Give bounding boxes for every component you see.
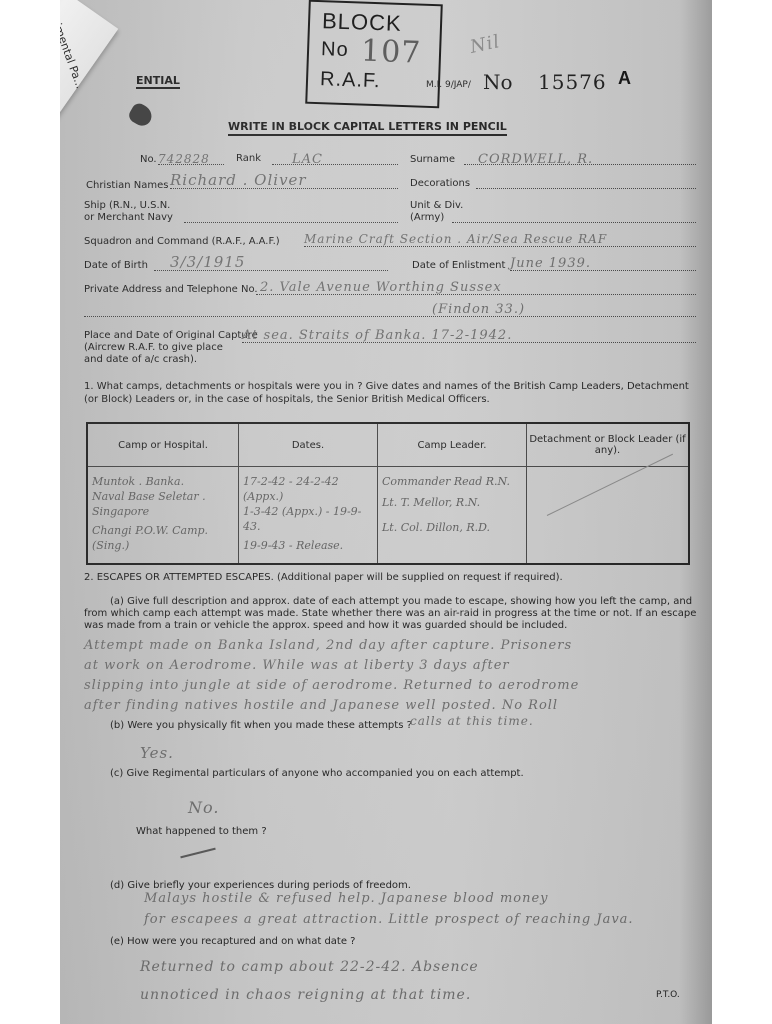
- section1-question: 1. What camps, detachments or hospitals …: [84, 380, 696, 406]
- christian-names-field[interactable]: Richard . Oliver: [170, 170, 398, 189]
- christian-names-label: Christian Names: [86, 180, 168, 191]
- dates-1: 17-2-42 - 24-2-42 (Appx.): [240, 468, 376, 504]
- instruction-heading: WRITE IN BLOCK CAPITAL LETTERS IN PENCIL: [228, 120, 507, 136]
- address-field-line2[interactable]: (Findon 33.): [84, 298, 696, 317]
- no-value: 742828: [158, 152, 210, 166]
- camps-table-header: Camp or Hospital. Dates. Camp Leader. De…: [87, 423, 689, 467]
- pencil-note: Nil: [468, 31, 502, 58]
- q2e-answer-line1: Returned to camp about 22-2-42. Absence: [140, 952, 700, 982]
- q2d-answer-line1: Malays hostile & refused help. Japanese …: [144, 888, 712, 910]
- q2b-inline-answer: calls at this time.: [410, 714, 534, 728]
- ship-label: Ship (R.N., U.S.N. or Merchant Navy: [84, 200, 173, 224]
- dates-3: 19-9-43 - Release.: [240, 534, 376, 553]
- address-value-line1: 2. Vale Avenue Worthing Sussex: [256, 280, 502, 295]
- folded-envelope-flap: [60, 0, 118, 299]
- q2c-answer[interactable]: No.: [188, 798, 219, 817]
- block-stamp: BLOCK No 107 R.A.F.: [305, 0, 443, 108]
- section2-title: 2. ESCAPES OR ATTEMPTED ESCAPES. (Additi…: [84, 572, 563, 583]
- surname-label: Surname: [410, 154, 455, 165]
- q2a-answer-line2: at work on Aerodrome. While was at liber…: [84, 656, 708, 676]
- unit-div-field[interactable]: [452, 210, 696, 223]
- q2a-answer[interactable]: Attempt made on Banka Island, 2nd day af…: [84, 636, 708, 716]
- surname-value: CORDWELL, R.: [464, 152, 593, 167]
- capture-label-line2: (Aircrew R.A.F. to give place: [84, 342, 258, 354]
- q2c-followup-answer-dash[interactable]: [180, 848, 215, 859]
- q2a-answer-line1: Attempt made on Banka Island, 2nd day af…: [84, 636, 708, 656]
- ship-field[interactable]: [184, 210, 398, 223]
- form-ref-prefix: M.I. 9/JAP/: [426, 80, 471, 90]
- col-dates: Dates.: [239, 423, 378, 467]
- camp-leader-cell[interactable]: Commander Read R.N. Lt. T. Mellor, R.N. …: [378, 467, 527, 565]
- leader-3: Lt. Col. Dillon, R.D.: [379, 510, 525, 535]
- enlistment-label: Date of Enlistment: [412, 260, 505, 271]
- capture-value: At sea. Straits of Banka. 17-2-1942.: [242, 328, 512, 343]
- q2c-followup: What happened to them ?: [136, 826, 267, 837]
- no-field[interactable]: 742828: [158, 148, 224, 165]
- form-number: 15576: [538, 70, 607, 94]
- dob-label: Date of Birth: [84, 260, 148, 271]
- ship-label-line1: Ship (R.N., U.S.N.: [84, 200, 173, 212]
- col-block-leader: Detachment or Block Leader (if any).: [527, 423, 690, 467]
- capture-label: Place and Date of Original Capture (Airc…: [84, 330, 258, 366]
- stamp-block-number: 107: [360, 34, 421, 71]
- dob-value: 3/3/1915: [154, 253, 245, 271]
- camp-name-1: Muntok . Banka.: [89, 468, 237, 489]
- pto-label: P.T.O.: [656, 990, 680, 1000]
- q2d-answer-line2: for escapees a great attraction. Little …: [144, 910, 712, 930]
- q2b-answer[interactable]: Yes.: [140, 744, 174, 762]
- enlistment-field[interactable]: June 1939.: [510, 252, 696, 271]
- q2d-answer[interactable]: Malays hostile & refused help. Japanese …: [144, 888, 712, 930]
- christian-names-value: Richard . Oliver: [170, 171, 307, 189]
- q2a-text: (a) Give full description and approx. da…: [84, 596, 698, 632]
- col-camp: Camp or Hospital.: [87, 423, 239, 467]
- ship-label-line2: or Merchant Navy: [84, 212, 173, 224]
- dates-2: 1-3-42 (Appx.) - 19-9-43.: [240, 504, 376, 534]
- rank-value: LAC: [272, 152, 323, 167]
- leader-1: Commander Read R.N.: [379, 468, 525, 489]
- squadron-value: Marine Craft Section . Air/Sea Rescue RA…: [304, 232, 607, 246]
- q2e-text: (e) How were you recaptured and on what …: [110, 936, 356, 947]
- q2a-answer-line3: slipping into jungle at side of aerodrom…: [84, 676, 708, 696]
- rank-label: Rank: [236, 153, 261, 164]
- leader-2: Lt. T. Mellor, R.N.: [379, 489, 525, 510]
- capture-label-line1: Place and Date of Original Capture: [84, 330, 258, 342]
- q2e-answer-line2: unnoticed in chaos reigning at that time…: [140, 982, 700, 1008]
- stamp-no-label: No: [321, 38, 349, 62]
- col-camp-leader: Camp Leader.: [378, 423, 527, 467]
- form-suffix: A: [618, 68, 631, 89]
- decorations-label: Decorations: [410, 178, 470, 189]
- enlistment-value: June 1939.: [510, 256, 591, 271]
- camps-table: Camp or Hospital. Dates. Camp Leader. De…: [86, 422, 690, 565]
- pin-hole: [126, 101, 155, 129]
- camp-cell[interactable]: Muntok . Banka. Naval Base Seletar . Sin…: [87, 467, 239, 565]
- q2b-text: (b) Were you physically fit when you mad…: [110, 720, 412, 731]
- decorations-field[interactable]: [476, 172, 696, 189]
- address-field-line1[interactable]: 2. Vale Avenue Worthing Sussex: [256, 276, 696, 295]
- surname-field[interactable]: CORDWELL, R.: [464, 148, 696, 165]
- camp-name-3: Changi P.O.W. Camp. (Sing.): [89, 519, 237, 553]
- capture-field[interactable]: At sea. Straits of Banka. 17-2-1942.: [242, 324, 696, 343]
- dates-cell[interactable]: 17-2-42 - 24-2-42 (Appx.) 1-3-42 (Appx.)…: [239, 467, 378, 565]
- camps-table-row: Muntok . Banka. Naval Base Seletar . Sin…: [87, 467, 689, 565]
- capture-label-line3: and date of a/c crash).: [84, 354, 258, 366]
- q2c-text: (c) Give Regimental particulars of anyon…: [110, 768, 524, 779]
- q2e-answer[interactable]: Returned to camp about 22-2-42. Absence …: [140, 952, 700, 1008]
- form-no-label: No: [483, 70, 513, 94]
- q2a-answer-line4: after finding natives hostile and Japane…: [84, 696, 708, 716]
- block-leader-cell[interactable]: [527, 467, 690, 565]
- address-value-line2: (Findon 33.): [84, 302, 525, 317]
- dob-field[interactable]: 3/3/1915: [154, 252, 388, 271]
- address-label: Private Address and Telephone No.: [84, 284, 258, 295]
- squadron-label: Squadron and Command (R.A.F., A.A.F.): [84, 236, 280, 247]
- classification-label: ENTIAL: [136, 74, 180, 89]
- rank-field[interactable]: LAC: [272, 148, 398, 165]
- camp-name-2: Naval Base Seletar . Singapore: [89, 489, 237, 519]
- document-page: Regimental Pa... ENTIAL BLOCK No 107 R.A…: [60, 0, 712, 1024]
- squadron-field[interactable]: Marine Craft Section . Air/Sea Rescue RA…: [304, 228, 696, 247]
- no-label: No.: [140, 154, 157, 165]
- stamp-line-raf: R.A.F.: [320, 68, 381, 93]
